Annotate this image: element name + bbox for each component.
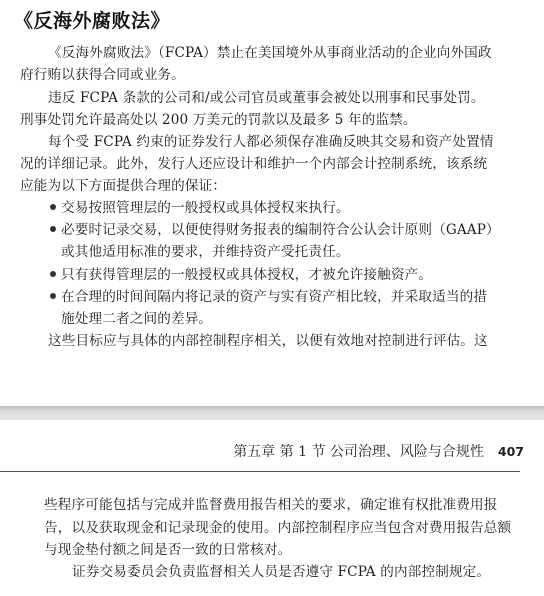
section-title: 《反海外腐败法》 — [14, 6, 170, 33]
bullet-text: 在合理的时间间隔内将记录的资产与实有资产相比较，并采取适当的措 — [61, 289, 487, 305]
paragraph-line: 与现金垫付额之间是否一致的日常核对。 — [44, 539, 291, 561]
bullet-continuation: 或其他适用标准的要求，并维持资产受托责任。 — [61, 241, 350, 263]
bullet-icon — [50, 226, 56, 232]
bullet-icon — [50, 204, 56, 210]
bullet-text: 只有获得管理层的一般授权或具体授权，才被允许接触资产。 — [61, 267, 432, 283]
bullet-text: 交易按照管理层的一般授权或具体授权来执行。 — [61, 200, 350, 216]
running-header: 第五章 第 1 节 公司治理、风险与合规性407 — [233, 441, 524, 461]
header-rule — [0, 471, 520, 472]
bullet-icon — [50, 293, 56, 299]
bullet-item: 必要时记录交易，以便使得财务报表的编制符合公认会计原则（GAAP） — [50, 219, 500, 241]
bullet-item: 交易按照管理层的一般授权或具体授权来执行。 — [50, 197, 350, 219]
paragraph-line: 应能为以下方面提供合理的保证： — [20, 175, 226, 197]
paragraph-line: 每个受 FCPA 约束的证券发行人都必须保存准确反映其交易和资产处置情 — [48, 131, 494, 153]
page-number: 407 — [498, 444, 524, 459]
paragraph-line: 《反海外腐败法》（FCPA）禁止在美国境外从事商业活动的企业向外国政 — [48, 42, 492, 64]
paragraph-line: 证券交易委员会负责监督相关人员是否遵守 FCPA 的内部控制规定。 — [72, 561, 490, 583]
paragraph-line: 刑事处罚允许最高处以 200 万美元的罚款以及最多 5 年的监禁。 — [20, 109, 417, 131]
bullet-item: 在合理的时间间隔内将记录的资产与实有资产相比较，并采取适当的措 — [50, 286, 487, 308]
paragraph-line: 些程序可能包括与完成并监督费用报告相关的要求，确定谁有权批准费用报 — [44, 494, 498, 516]
bullet-icon — [50, 271, 56, 277]
closing-line: 这些目标应与具体的内部控制程序相关，以便有效地对控制进行评估。这 — [48, 330, 488, 352]
bullet-item: 只有获得管理层的一般授权或具体授权，才被允许接触资产。 — [50, 264, 432, 286]
chapter-section-label: 第五章 第 1 节 公司治理、风险与合规性 — [233, 444, 484, 460]
upper-page: 《反海外腐败法》 《反海外腐败法》（FCPA）禁止在美国境外从事商业活动的企业向… — [0, 0, 544, 406]
bullet-text: 必要时记录交易，以便使得财务报表的编制符合公认会计原则（GAAP） — [61, 222, 500, 238]
page-break-divider — [0, 406, 544, 420]
paragraph-line: 违反 FCPA 条款的公司和/或公司官员或董事会被处以刑事和民事处罚。 — [48, 87, 485, 109]
paragraph-line: 告，以及获取现金和记录现金的使用。内部控制程序应当包含对费用报告总额 — [44, 517, 511, 539]
paragraph-line: 府行贿以获得合同或业务。 — [20, 64, 185, 86]
paragraph-line: 况的详细记录。此外，发行人还应设计和维护一个内部会计控制系统，该系统 — [20, 153, 487, 175]
bullet-continuation: 施处理二者之间的差异。 — [61, 308, 212, 330]
